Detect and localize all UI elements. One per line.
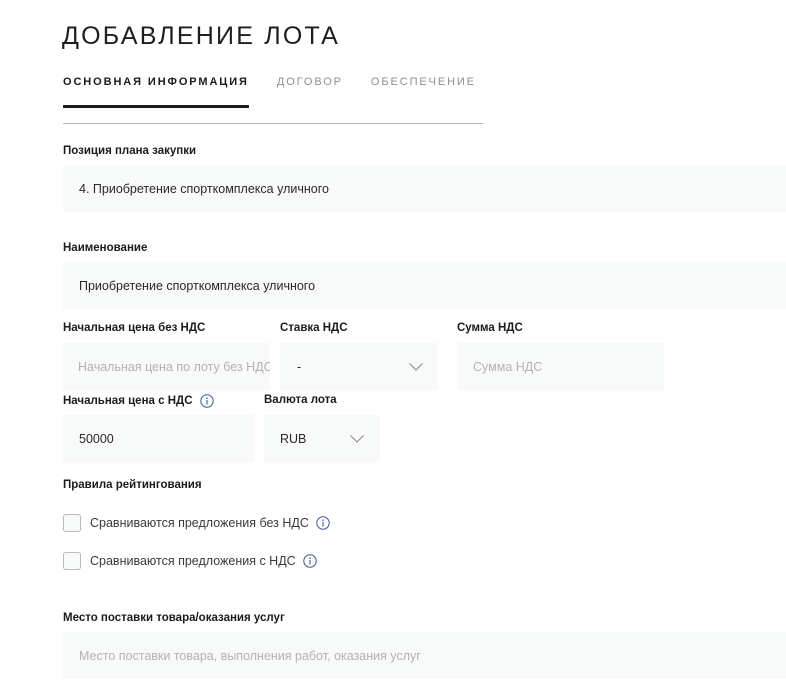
rating-option-with-vat-label: Сравниваются предложения с НДС — [90, 554, 296, 568]
info-icon[interactable] — [200, 394, 214, 408]
tab-main-info[interactable]: ОСНОВНАЯ ИНФОРМАЦИЯ — [63, 76, 249, 108]
price-with-vat-value: 50000 — [79, 432, 114, 446]
price-with-vat-label: Начальная цена с НДС — [63, 394, 214, 408]
checkbox-without-vat[interactable] — [63, 514, 81, 532]
plan-position-field[interactable]: 4. Приобретение спорткомплекса уличного — [63, 165, 786, 212]
info-icon[interactable] — [316, 516, 330, 530]
tab-contract[interactable]: ДОГОВОР — [277, 76, 343, 108]
price-with-vat-field[interactable]: 50000 — [63, 415, 255, 462]
vat-amount-label: Сумма НДС — [457, 322, 523, 334]
name-field[interactable]: Приобретение спорткомплекса уличного — [63, 262, 786, 309]
vat-rate-label: Ставка НДС — [280, 322, 348, 334]
price-without-vat-field[interactable]: Начальная цена по лоту без НДС — [63, 343, 270, 390]
rating-option-with-vat[interactable]: Сравниваются предложения с НДС — [63, 552, 317, 570]
tab-bar: ОСНОВНАЯ ИНФОРМАЦИЯ ДОГОВОР ОБЕСПЕЧЕНИЕ — [63, 76, 504, 108]
plan-position-value: 4. Приобретение спорткомплекса уличного — [79, 182, 329, 196]
rating-option-without-vat-label: Сравниваются предложения без НДС — [90, 516, 309, 530]
price-without-vat-placeholder: Начальная цена по лоту без НДС — [78, 360, 270, 374]
vat-amount-field[interactable]: Сумма НДС — [457, 343, 664, 390]
price-without-vat-label: Начальная цена без НДС — [63, 322, 205, 334]
page-title: ДОБАВЛЕНИЕ ЛОТА — [62, 22, 340, 51]
currency-value: RUB — [280, 432, 306, 446]
checkbox-with-vat[interactable] — [63, 552, 81, 570]
chevron-down-icon — [409, 363, 423, 371]
chevron-down-icon — [350, 435, 364, 443]
tabs-divider — [63, 123, 483, 124]
name-value: Приобретение спорткомплекса уличного — [79, 279, 315, 293]
rating-option-without-vat[interactable]: Сравниваются предложения без НДС — [63, 514, 330, 532]
delivery-place-placeholder: Место поставки товара, выполнения работ,… — [79, 649, 421, 663]
info-icon[interactable] — [303, 554, 317, 568]
vat-amount-placeholder: Сумма НДС — [473, 360, 542, 374]
price-with-vat-label-text: Начальная цена с НДС — [63, 395, 193, 407]
rating-rules-label: Правила рейтингования — [63, 479, 202, 491]
delivery-place-label: Место поставки товара/оказания услуг — [63, 612, 285, 624]
vat-rate-value: - — [297, 360, 301, 374]
tab-security[interactable]: ОБЕСПЕЧЕНИЕ — [371, 76, 476, 108]
currency-label: Валюта лота — [264, 394, 337, 406]
name-label: Наименование — [63, 242, 147, 254]
plan-position-label: Позиция плана закупки — [63, 145, 196, 157]
delivery-place-field[interactable]: Место поставки товара, выполнения работ,… — [63, 632, 786, 679]
currency-select[interactable]: RUB — [264, 415, 380, 462]
vat-rate-select[interactable]: - — [280, 343, 438, 390]
